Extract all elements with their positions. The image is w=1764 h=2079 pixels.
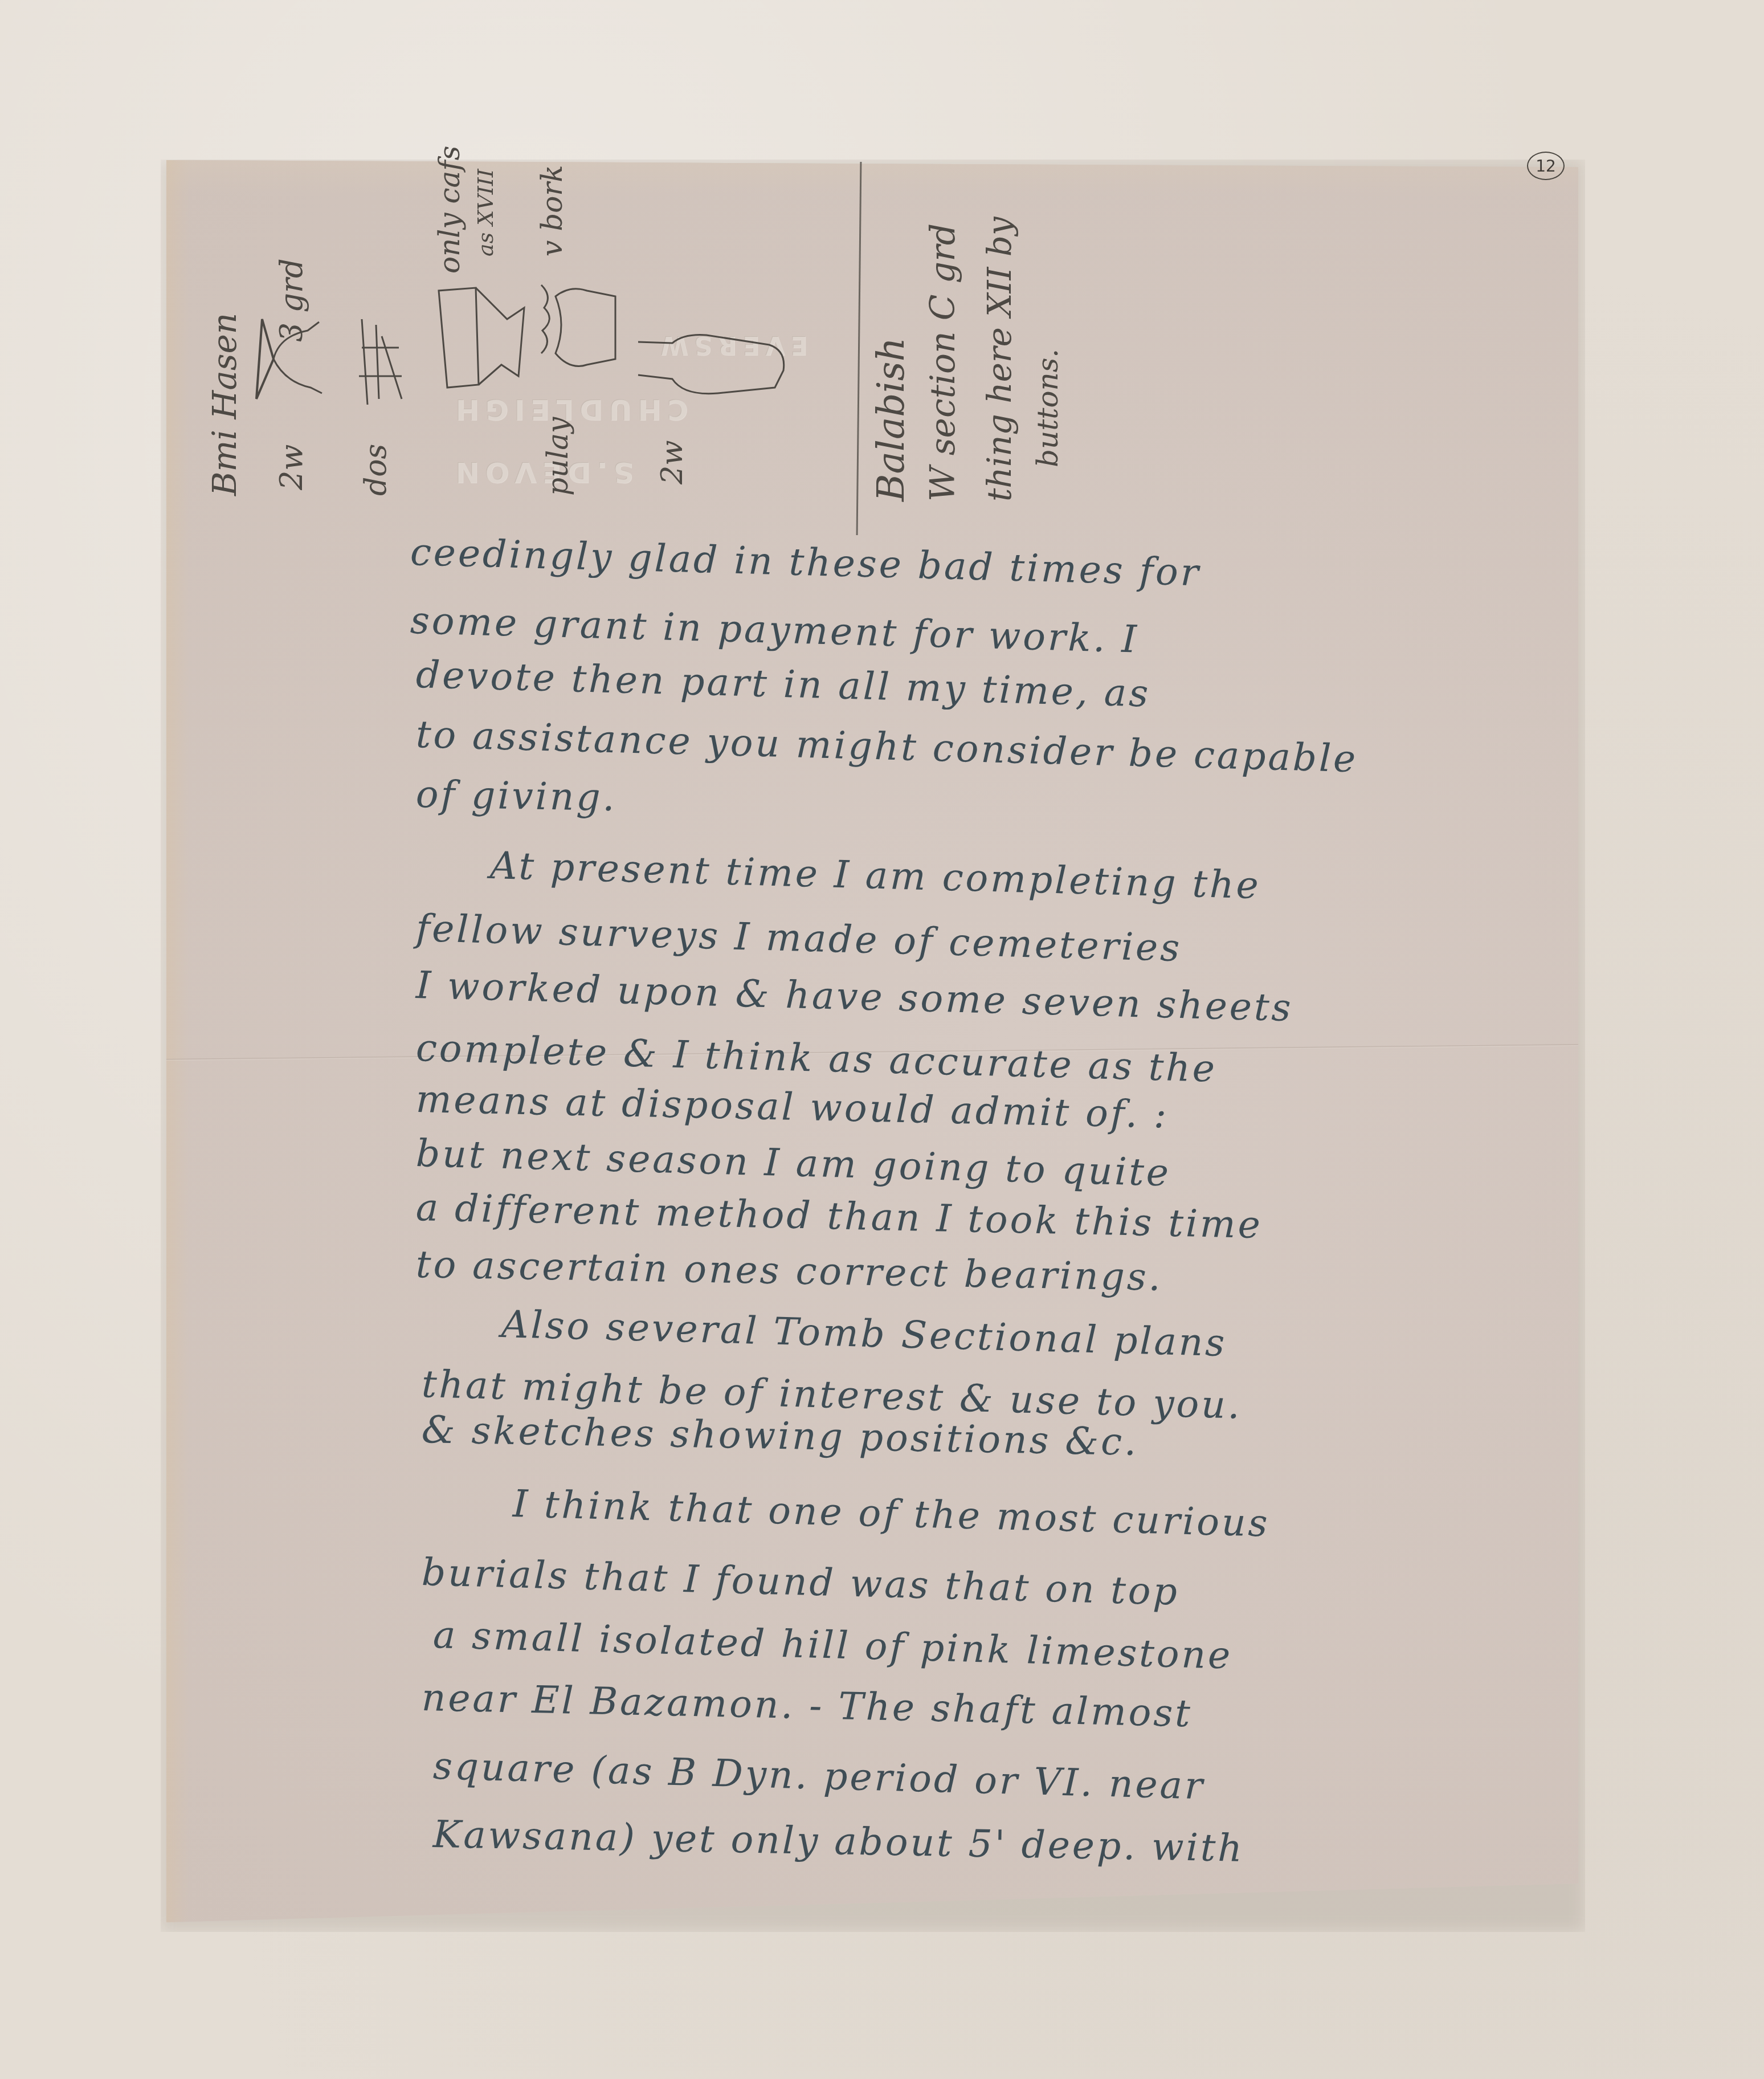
letter-line: burials that I found was that on top xyxy=(421,1550,1180,1614)
letter-line: but next season I am going to quite xyxy=(415,1131,1171,1195)
letter-line: a small isolated hill of pink limestone xyxy=(432,1613,1233,1678)
letter-line: At present time I am completing the xyxy=(489,843,1261,907)
letter-line: Also several Tomb Sectional plans xyxy=(501,1302,1227,1365)
letter-line: some grant in payment for work. I xyxy=(410,598,1140,661)
letter-body: ceedingly glad in these bad times for so… xyxy=(0,0,1764,2079)
letter-line: of giving. xyxy=(415,772,617,820)
letter-line: to ascertain ones correct bearings. xyxy=(415,1242,1163,1299)
letter-line: devote then part in all my time, as xyxy=(415,653,1151,716)
letter-line: fellow surveys I made of cemeteries xyxy=(415,906,1182,970)
letter-line: near El Bazamon. - The shaft almost xyxy=(421,1676,1193,1735)
letter-line: to assistance you might consider be capa… xyxy=(415,712,1358,781)
letter-line: square (as B Dyn. period or VI. near xyxy=(432,1744,1206,1808)
letter-line: I think that one of the most curious xyxy=(512,1482,1271,1546)
letter-line: Kawsana) yet only about 5' deep. with xyxy=(432,1812,1244,1870)
letter-line: ceedingly glad in these bad times for xyxy=(410,530,1201,594)
letter-line: I worked upon & have some seven sheets xyxy=(415,963,1293,1030)
letter-line: a different method than I took this time xyxy=(415,1185,1263,1247)
